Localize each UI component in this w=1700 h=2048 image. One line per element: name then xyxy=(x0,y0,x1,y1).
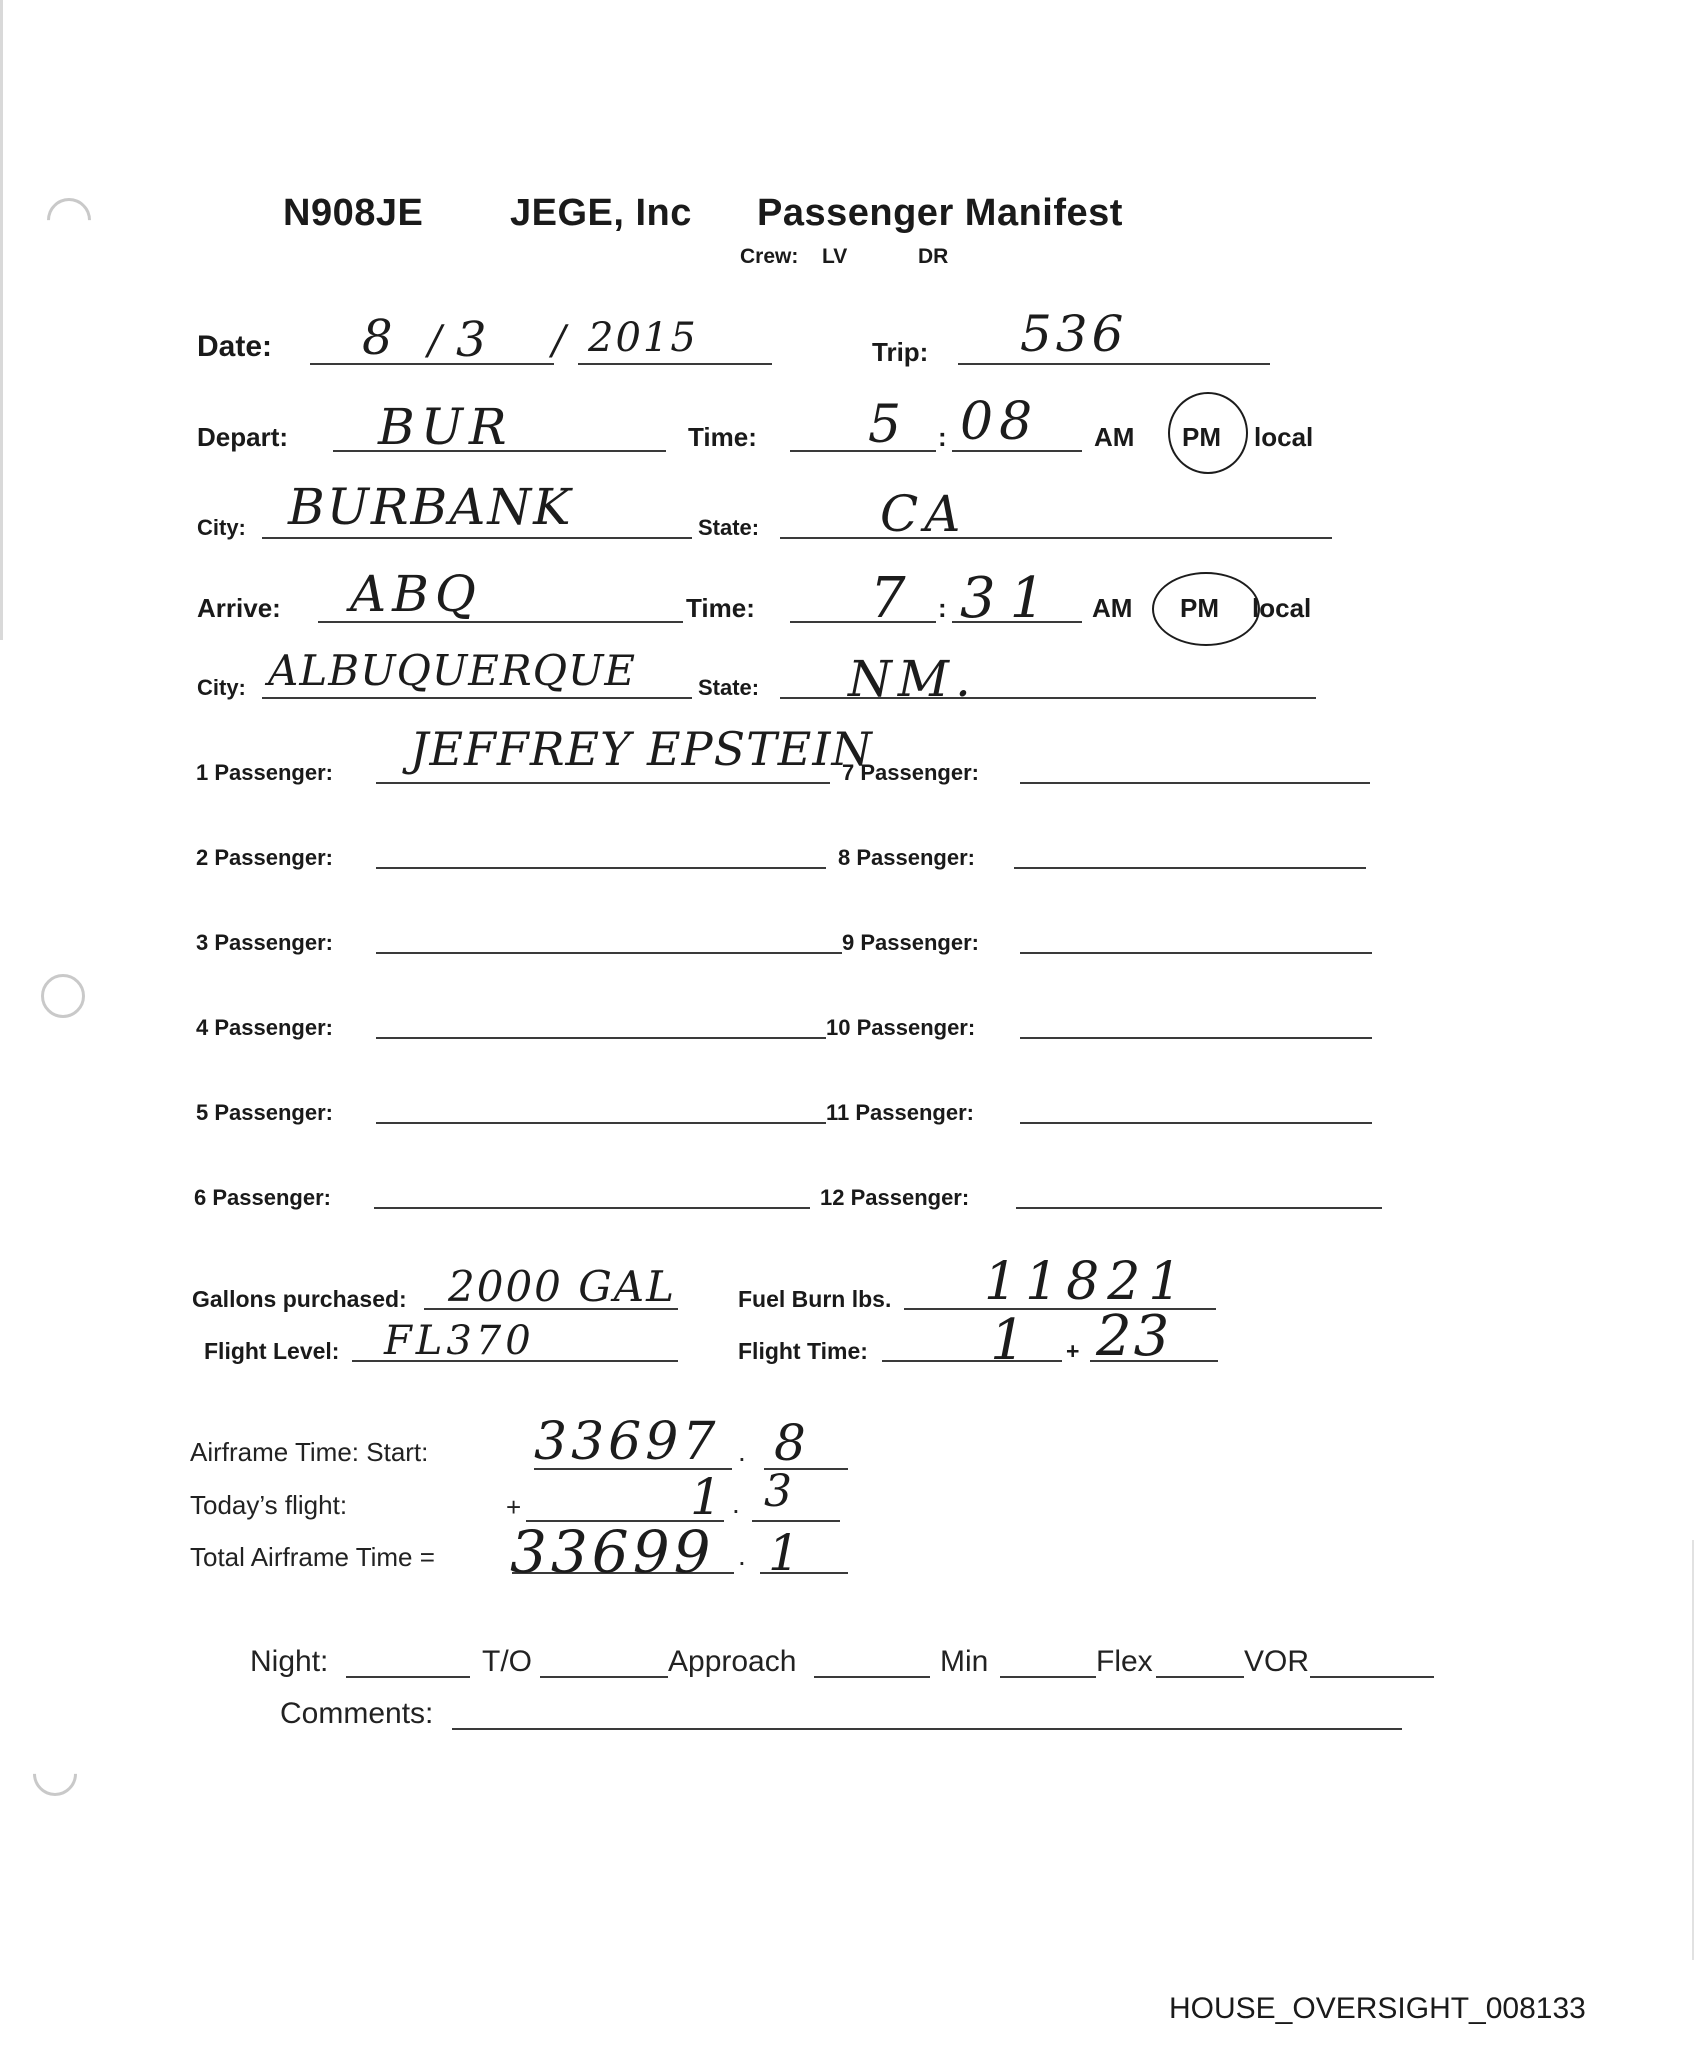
depart-hour-line[interactable] xyxy=(790,450,936,452)
flight-level-label: Flight Level: xyxy=(204,1338,339,1365)
fuel-burn-value: 11821 xyxy=(984,1252,1189,1312)
crew-member-2: DR xyxy=(918,245,948,269)
binder-hole-top-icon xyxy=(38,189,100,251)
depart-airport-value: BUR xyxy=(378,398,513,456)
date-day-value: 3 xyxy=(456,312,493,368)
depart-state-value: CA xyxy=(880,485,966,543)
passenger-1-line[interactable] xyxy=(376,782,830,784)
flex-line[interactable] xyxy=(1156,1676,1244,1678)
depart-state-line[interactable] xyxy=(780,537,1332,539)
total-airframe-whole-value: 33699 xyxy=(510,1518,715,1586)
passenger-8-line[interactable] xyxy=(1014,867,1366,869)
arrive-city-value: ALBUQUERQUE xyxy=(268,646,636,695)
date-separator-2: / xyxy=(552,318,571,364)
date-separator-1: / xyxy=(428,318,447,364)
arrive-time-colon: : xyxy=(938,593,947,624)
vor-label: VOR xyxy=(1244,1645,1309,1679)
airframe-start-tenths-value: 8 xyxy=(774,1414,812,1472)
date-year-line[interactable] xyxy=(578,363,772,365)
arrive-local-label: local xyxy=(1252,593,1311,624)
depart-city-line[interactable] xyxy=(262,537,692,539)
arrive-state-label: State: xyxy=(698,675,759,701)
passenger-4-label: 4 Passenger: xyxy=(196,1015,333,1041)
date-month-value: 8 xyxy=(362,310,399,366)
date-label: Date: xyxy=(197,330,272,364)
flight-time-label: Flight Time: xyxy=(738,1338,868,1365)
gallons-purchased-label: Gallons purchased: xyxy=(192,1286,407,1313)
flight-time-minutes-value: 23 xyxy=(1096,1304,1171,1369)
passenger-5-line[interactable] xyxy=(376,1122,826,1124)
depart-label: Depart: xyxy=(197,422,288,453)
binder-hole-middle-icon xyxy=(41,974,85,1018)
passenger-4-line[interactable] xyxy=(376,1037,826,1039)
todays-flight-tenths-value: 3 xyxy=(764,1466,798,1517)
company-name: JEGE, Inc xyxy=(510,192,692,235)
passenger-7-label: 7 Passenger: xyxy=(842,760,979,786)
passenger-6-line[interactable] xyxy=(374,1207,810,1209)
total-airframe-tenths-value: 1 xyxy=(768,1524,806,1582)
approach-label: Approach xyxy=(668,1645,796,1679)
comments-line[interactable] xyxy=(452,1728,1402,1730)
approach-line[interactable] xyxy=(814,1676,930,1678)
airframe-start-dot: . xyxy=(738,1436,746,1468)
passenger-11-line[interactable] xyxy=(1020,1122,1372,1124)
form-title: Passenger Manifest xyxy=(757,192,1123,235)
tail-number: N908JE xyxy=(283,192,423,235)
total-airframe-time-label: Total Airframe Time = xyxy=(190,1542,435,1573)
passenger-7-line[interactable] xyxy=(1020,782,1370,784)
passenger-11-label: 11 Passenger: xyxy=(826,1100,974,1126)
arrive-airport-value: ABQ xyxy=(350,565,482,623)
arrive-hour-line[interactable] xyxy=(790,621,936,623)
flight-time-hours-value: 1 xyxy=(990,1308,1032,1373)
depart-time-colon: : xyxy=(938,422,947,453)
flight-time-plus: + xyxy=(1066,1338,1079,1365)
depart-time-label: Time: xyxy=(688,422,757,453)
todays-flight-label: Today’s flight: xyxy=(190,1490,347,1521)
min-line[interactable] xyxy=(1000,1676,1096,1678)
trip-line[interactable] xyxy=(958,363,1270,365)
trip-label: Trip: xyxy=(872,337,928,368)
flex-label: Flex xyxy=(1096,1645,1153,1679)
crew-member-1: LV xyxy=(822,245,847,269)
airframe-start-whole-value: 33697 xyxy=(534,1412,719,1472)
depart-local-label: local xyxy=(1254,422,1313,453)
depart-state-label: State: xyxy=(698,515,759,541)
takeoff-line[interactable] xyxy=(540,1676,668,1678)
scan-edge-left xyxy=(0,0,3,640)
flight-level-value: FL370 xyxy=(384,1318,535,1364)
date-year-value: 2015 xyxy=(588,315,698,361)
depart-minute-value: 08 xyxy=(960,392,1038,452)
arrive-time-label: Time: xyxy=(686,593,755,624)
passenger-2-label: 2 Passenger: xyxy=(196,845,333,871)
binder-hole-bottom-icon xyxy=(24,1743,86,1805)
passenger-1-label: 1 Passenger: xyxy=(196,760,333,786)
gallons-purchased-value: 2000 GAL xyxy=(448,1262,676,1311)
passenger-5-label: 5 Passenger: xyxy=(196,1100,333,1126)
passenger-1-value: JEFFREY EPSTEIN xyxy=(410,722,873,776)
arrive-state-value: NM. xyxy=(848,650,977,708)
depart-am-option[interactable]: AM xyxy=(1094,422,1134,453)
fuel-burn-label: Fuel Burn lbs. xyxy=(738,1286,891,1313)
total-airframe-dot: . xyxy=(738,1540,746,1572)
depart-pm-circle-icon xyxy=(1168,392,1248,474)
takeoff-label: T/O xyxy=(482,1645,532,1679)
passenger-12-line[interactable] xyxy=(1016,1207,1382,1209)
passenger-10-label: 10 Passenger: xyxy=(826,1015,975,1041)
depart-hour-value: 5 xyxy=(868,395,907,455)
arrive-pm-circle-icon xyxy=(1152,572,1260,646)
arrive-city-label: City: xyxy=(197,675,246,701)
passenger-8-label: 8 Passenger: xyxy=(838,845,975,871)
passenger-3-line[interactable] xyxy=(376,952,842,954)
scan-edge-right xyxy=(1692,1540,1694,1960)
passenger-12-label: 12 Passenger: xyxy=(820,1185,969,1211)
passenger-2-line[interactable] xyxy=(376,867,826,869)
crew-label: Crew: xyxy=(740,245,798,269)
flight-time-hours-line[interactable] xyxy=(882,1360,1062,1362)
airframe-start-label: Airframe Time: Start: xyxy=(190,1437,428,1468)
arrive-minute-value: 31 xyxy=(960,566,1059,631)
night-label: Night: xyxy=(250,1645,328,1679)
trip-number-value: 536 xyxy=(1020,305,1127,363)
vor-line[interactable] xyxy=(1310,1676,1434,1678)
min-label: Min xyxy=(940,1645,988,1679)
passenger-9-line[interactable] xyxy=(1020,952,1372,954)
passenger-3-label: 3 Passenger: xyxy=(196,930,333,956)
todays-flight-dot: . xyxy=(732,1488,740,1520)
bates-number: HOUSE_OVERSIGHT_008133 xyxy=(1169,1992,1586,2026)
passenger-9-label: 9 Passenger: xyxy=(842,930,979,956)
arrive-am-option[interactable]: AM xyxy=(1092,593,1132,624)
depart-city-value: BURBANK xyxy=(288,478,572,536)
arrive-city-line[interactable] xyxy=(262,697,692,699)
arrive-hour-value: 7 xyxy=(870,566,912,631)
night-line[interactable] xyxy=(346,1676,470,1678)
depart-city-label: City: xyxy=(197,515,246,541)
arrive-label: Arrive: xyxy=(197,593,281,624)
passenger-6-label: 6 Passenger: xyxy=(194,1185,331,1211)
todays-flight-tenths-line[interactable] xyxy=(752,1520,840,1522)
comments-label: Comments: xyxy=(280,1697,433,1731)
passenger-10-line[interactable] xyxy=(1020,1037,1372,1039)
